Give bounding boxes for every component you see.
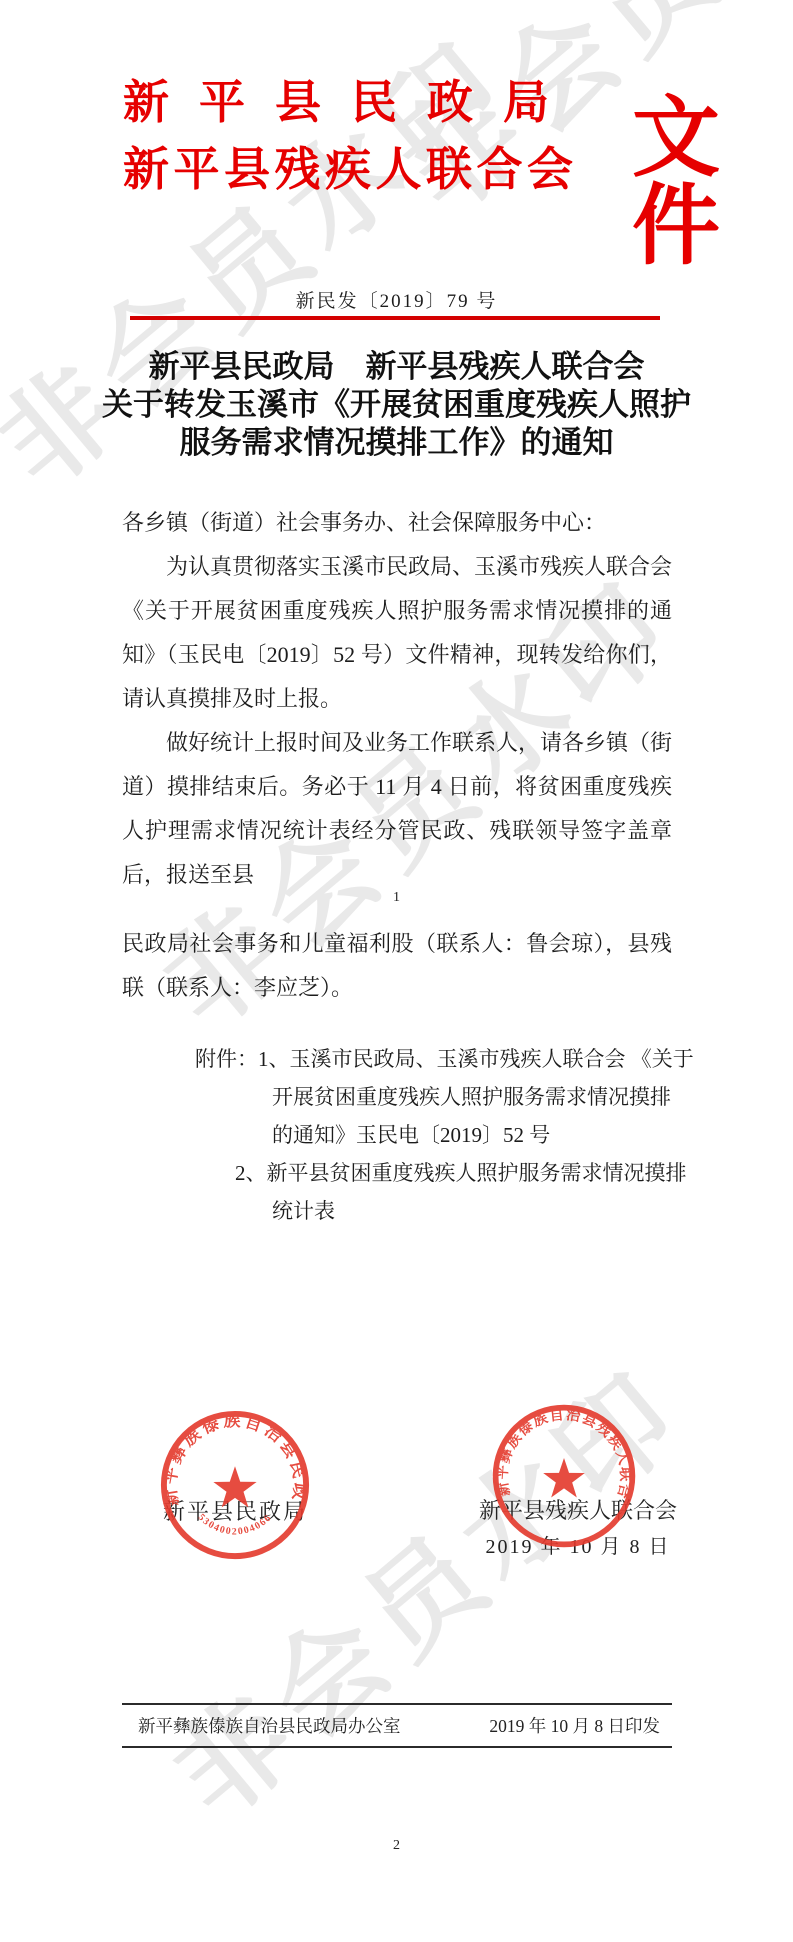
body-text-page1: 各乡镇（街道）社会事务办、社会保障服务中心： 为认真贯彻落实玉溪市民政局、玉溪市… [122, 501, 672, 897]
letterhead-divider-line [130, 316, 660, 320]
attachments-list: 附件：1、玉溪市民政局、玉溪市残疾人联合会 《关于 开展贫困重度残疾人照护服务需… [195, 1040, 675, 1230]
document-title: 新平县民政局 新平县残疾人联合会 关于转发玉溪市《开展贫困重度残疾人照护 服务需… [80, 348, 713, 462]
svg-text:5304002004066: 5304002004066 [196, 1512, 275, 1537]
footer-office: 新平彝族傣族自治县民政局办公室 [138, 1713, 401, 1738]
attachment-line: 附件：1、玉溪市民政局、玉溪市残疾人联合会 《关于 [195, 1040, 675, 1078]
official-seal-left: 新平彝族傣族自治县民政局 5304002004066 [156, 1406, 314, 1564]
seal-code: 5304002004066 [196, 1512, 275, 1537]
letterhead-org-line-2: 新平县残疾人联合会 [123, 147, 578, 193]
official-seal-right: 新平彝族傣族自治县残疾人联合会 [488, 1400, 640, 1552]
footer-print-date: 2019 年 10 月 8 日印发 [489, 1713, 660, 1738]
title-line-2: 关于转发玉溪市《开展贫困重度残疾人照护 [80, 386, 713, 424]
title-line-1: 新平县民政局 新平县残疾人联合会 [80, 348, 713, 386]
body-paragraph-2: 做好统计上报时间及业务工作联系人，请各乡镇（街道）摸排结束后。务必于 11 月 … [122, 721, 672, 897]
body-text-page2: 民政局社会事务和儿童福利股（联系人：鲁会琼），县残联（联系人：李应芝）。 [122, 922, 672, 1010]
letterhead-doc-type: 文件 [632, 96, 793, 272]
seal-star-icon [543, 1458, 585, 1498]
attachment-line: 的通知》玉民电〔2019〕52 号 [195, 1116, 675, 1154]
attachment-line: 统计表 [195, 1192, 675, 1230]
page-number-2: 2 [0, 1838, 793, 1854]
letterhead-org-line-1: 新平县民政局 [123, 80, 579, 126]
body-paragraph-1: 为认真贯彻落实玉溪市民政局、玉溪市残疾人联合会《关于开展贫困重度残疾人照护服务需… [122, 545, 672, 721]
seal-star-icon [213, 1466, 256, 1507]
attachment-line: 2、新平县贫困重度残疾人照护服务需求情况摸排 [195, 1154, 675, 1192]
salutation: 各乡镇（街道）社会事务办、社会保障服务中心： [122, 501, 672, 545]
document-page: 非会员水印 非会员水印 非会员水印 非会员水印 新平县民政局 新平县残疾人联合会… [0, 0, 793, 1942]
body-paragraph-3: 民政局社会事务和儿童福利股（联系人：鲁会琼），县残联（联系人：李应芝）。 [122, 922, 672, 1010]
title-line-3: 服务需求情况摸排工作》的通知 [80, 424, 713, 462]
attachment-line: 开展贫困重度残疾人照护服务需求情况摸排 [195, 1078, 675, 1116]
document-number: 新民发〔2019〕79 号 [0, 286, 793, 313]
page-number-1: 1 [0, 890, 793, 906]
footer-imprint: 新平彝族傣族自治县民政局办公室 2019 年 10 月 8 日印发 [122, 1703, 672, 1748]
